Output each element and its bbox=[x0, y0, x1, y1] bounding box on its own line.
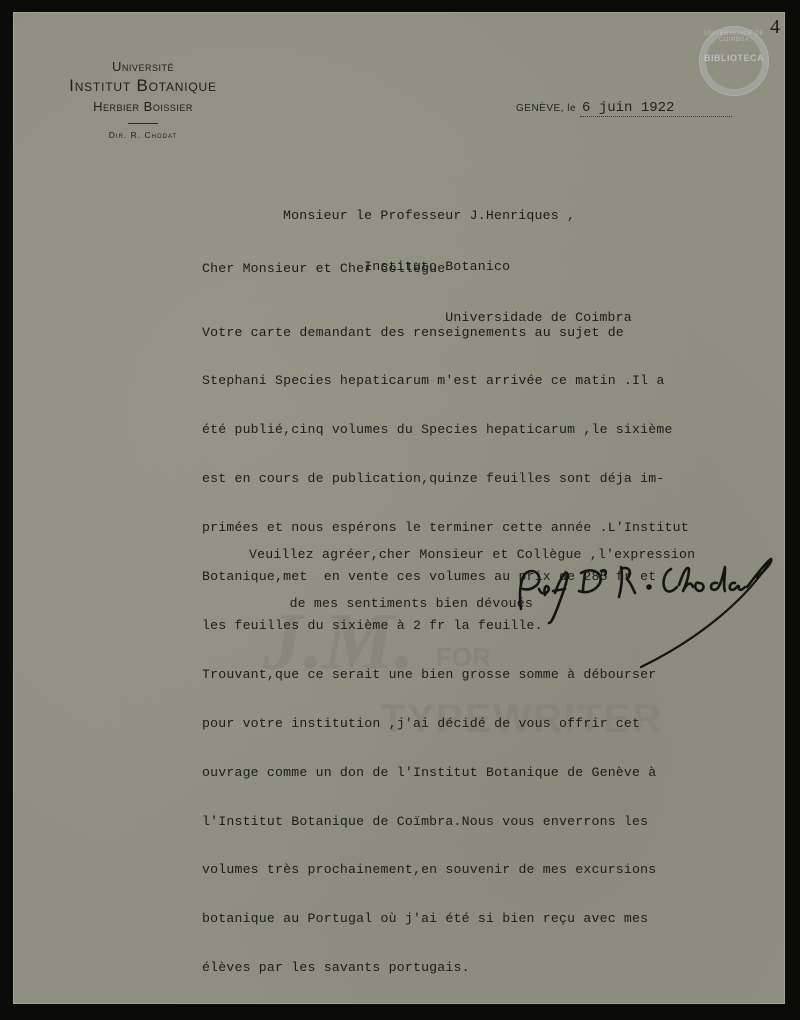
date-value: 6 juin 1922 bbox=[580, 100, 732, 117]
addressee-line: Monsieur le Professeur J.Henriques , bbox=[283, 207, 632, 224]
stamp-ring-text: UNIVERSIDADE DE COIMBRA bbox=[700, 31, 768, 43]
letterhead-divider bbox=[128, 123, 158, 124]
letterhead-institute: Institut Botanique bbox=[53, 75, 233, 97]
body-line: ouvrage comme un don de l'Institut Botan… bbox=[202, 765, 689, 781]
body-line: est en cours de publication,quinze feuil… bbox=[202, 471, 689, 487]
letterhead-director: Dir. R. Chodat bbox=[53, 129, 233, 141]
salutation: Cher Monsieur et Cher Collègue bbox=[202, 261, 445, 277]
body-line: pour votre institution ,j'ai décidé de v… bbox=[202, 716, 689, 732]
body-line: été publié,cinq volumes du Species hepat… bbox=[202, 422, 689, 438]
letterhead: Université Institut Botanique Herbier Bo… bbox=[53, 58, 233, 141]
body-line: l'Institut Botanique de Coïmbra.Nous vou… bbox=[202, 814, 689, 830]
letterhead-herbarium: Herbier Boissier bbox=[53, 97, 233, 116]
stamp-center-text: BIBLIOTECA bbox=[700, 53, 768, 63]
library-stamp-icon: UNIVERSIDADE DE COIMBRA BIBLIOTECA bbox=[699, 26, 769, 96]
body-line: élèves par les savants portugais. bbox=[202, 960, 689, 976]
handwritten-signature bbox=[503, 547, 793, 677]
letter-page: J.M. FOR TYPEWRITER Université Institut … bbox=[13, 12, 785, 1004]
letterhead-university: Université bbox=[53, 58, 233, 75]
body-line: volumes très prochainement,en souvenir d… bbox=[202, 862, 689, 878]
folio-number: 4 bbox=[770, 16, 780, 39]
body-line: botanique au Portugal où j'ai été si bie… bbox=[202, 911, 689, 927]
body-line: Votre carte demandant des renseignements… bbox=[202, 325, 689, 341]
dateline: GENÈVE, le 6 juin 1922 bbox=[516, 100, 732, 117]
body-line: Stephani Species hepaticarum m'est arriv… bbox=[202, 373, 689, 389]
date-label: GENÈVE, le bbox=[516, 103, 576, 114]
